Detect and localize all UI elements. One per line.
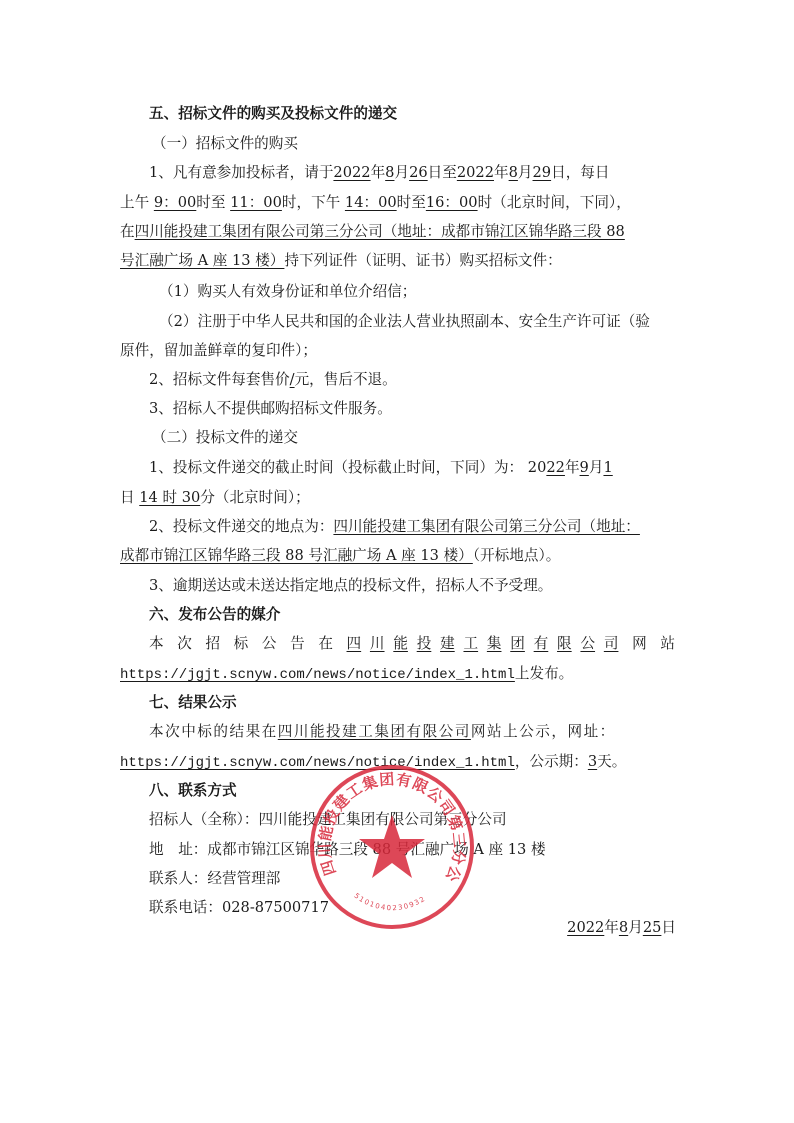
- result-url-line: https://jgjt.scnyw.com/news/notice/index…: [120, 752, 676, 773]
- media-company-name: 四 川 能 投 建 工 集 团 有 限 公 司: [347, 634, 619, 654]
- deadline-month: 9: [580, 459, 589, 476]
- requirement-2: （2）注册于中华人民共和国的企业法人营业执照副本、安全生产许可证（验: [159, 312, 679, 332]
- result-line: 本次中标的结果在四川能投建工集团有限公司网站上公示，网址：: [149, 722, 676, 742]
- submission-location-line: 2、投标文件递交的地点为：四川能投建工集团有限公司第三分公司（地址：: [149, 517, 676, 537]
- requirement-1: （1）购买人有效身份证和单位介绍信；: [159, 282, 715, 302]
- purchase-address: 四川能投建工集团有限公司第三分公司（地址：成都市锦江区锦华路三段 88: [135, 223, 625, 240]
- deadline-time: 14 时 30: [139, 489, 200, 506]
- deadline-day: 1: [603, 459, 612, 476]
- media-url-link[interactable]: https://jgjt.scnyw.com/news/notice/index…: [120, 667, 515, 683]
- end-year: 2022: [457, 164, 494, 181]
- subsection-2-title: （二）投标文件的递交: [152, 428, 708, 448]
- contact-phone: 联系电话：028-87500717: [149, 898, 676, 918]
- media-line: 本 次 招 标 公 告 在 四 川 能 投 建 工 集 团 有 限 公 司 网 …: [149, 634, 675, 654]
- purchase-hours-line: 上午 9：00时至 11：00时，下午 14：00时至16：00时（北京时间，下…: [120, 193, 676, 213]
- result-company-name: 四川能投建工集团有限公司: [278, 723, 471, 740]
- morning-end: 11：00: [230, 194, 282, 211]
- section-8-heading: 八、联系方式: [149, 781, 676, 801]
- purchase-address-cont: 号汇融广场 A 座 13 楼）: [120, 252, 284, 269]
- deadline-line-2: 日 14 时 30分（北京时间）；: [120, 488, 676, 508]
- submission-location-line-2: 成都市锦江区锦华路三段 88 号汇融广场 A 座 13 楼）（开标地点）。: [120, 546, 676, 566]
- end-month: 8: [509, 164, 518, 181]
- purchase-location-line-2: 号汇融广场 A 座 13 楼）持下列证件（证明、证书）购买招标文件：: [120, 251, 676, 271]
- result-url-link[interactable]: https://jgjt.scnyw.com/news/notice/index…: [120, 755, 515, 771]
- signature-date: 2022年8月25日: [120, 918, 676, 938]
- document-page: 五、招标文件的购买及投标文件的递交 （一）招标文件的购买 1、凡有意参加投标者，…: [0, 0, 794, 1123]
- start-day: 26: [409, 164, 428, 181]
- tenderer-address: 地 址：成都市锦江区锦华路三段 88 号汇融广场 A 座 13 楼: [149, 840, 676, 860]
- morning-start: 9：00: [154, 194, 196, 211]
- purchase-period-line: 1、凡有意参加投标者，请于2022年8月26日至2022年8月29日，每日: [149, 163, 676, 183]
- submission-address-cont: 成都市锦江区锦华路三段 88 号汇融广场 A 座 13 楼）: [120, 547, 473, 564]
- section-5-heading: 五、招标文件的购买及投标文件的递交: [149, 104, 676, 124]
- publicity-period: 3: [588, 753, 597, 770]
- deadline-line: 1、投标文件递交的截止时间（投标截止时间，下同）为： 2022年9月1: [149, 458, 676, 478]
- submission-address: 四川能投建工集团有限公司第三分公司（地址：: [333, 518, 639, 535]
- requirement-2-cont: 原件，留加盖鲜章的复印件）；: [120, 341, 676, 361]
- tenderer-name: 招标人（全称）：四川能投建工集团有限公司第三分公司: [149, 810, 676, 830]
- price-line: 2、招标文件每套售价/元，售后不退。: [149, 370, 676, 390]
- end-day: 29: [533, 164, 552, 181]
- media-url-line: https://jgjt.scnyw.com/news/notice/index…: [120, 664, 676, 685]
- section-6-heading: 六、发布公告的媒介: [149, 605, 676, 625]
- start-year: 2022: [333, 164, 370, 181]
- afternoon-start: 14：00: [345, 194, 397, 211]
- section-7-heading: 七、结果公示: [149, 693, 676, 713]
- subsection-1-title: （一）招标文件的购买: [152, 134, 708, 154]
- afternoon-end: 16：00: [426, 194, 478, 211]
- late-submission-line: 3、逾期送达或未送达指定地点的投标文件，招标人不予受理。: [149, 576, 676, 596]
- no-mail-line: 3、招标人不提供邮购招标文件服务。: [149, 399, 676, 419]
- purchase-location-line: 在四川能投建工集团有限公司第三分公司（地址：成都市锦江区锦华路三段 88: [120, 222, 676, 242]
- contact-person: 联系人：经营管理部: [149, 869, 676, 889]
